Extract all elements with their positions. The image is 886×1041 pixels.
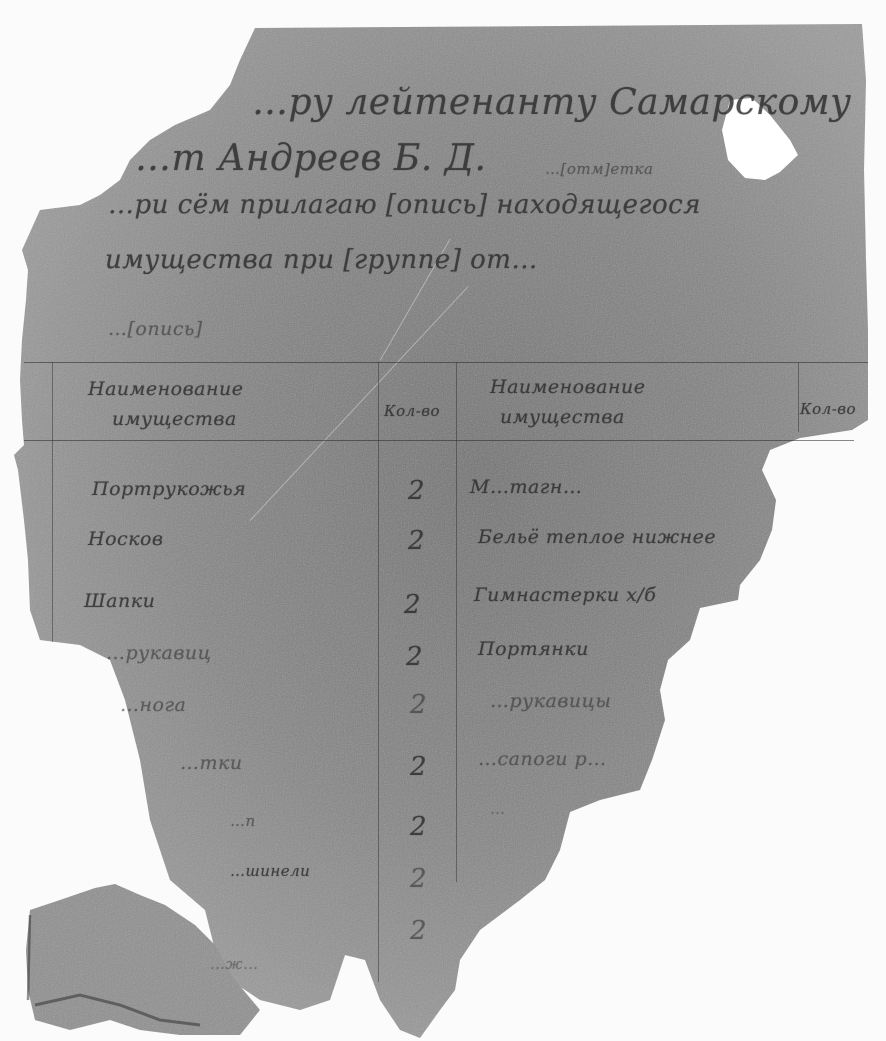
row-item-right: … <box>490 800 506 818</box>
heading-annotation: …[отм]етка <box>545 160 653 178</box>
row-qty-left: 2 <box>408 476 425 506</box>
row-item-left: Шапки <box>84 590 155 612</box>
row-item-right: …рукавицы <box>490 690 611 712</box>
heading-line-2: …т Андреев Б. Д. <box>135 138 486 179</box>
row-item-left: …тки <box>180 752 243 774</box>
heading-line-1: …ру лейтенанту Самарскому <box>252 82 852 123</box>
heading-line-5: …[опись] <box>108 318 203 340</box>
table-col-rule <box>456 362 457 882</box>
row-qty-left: 2 <box>404 590 421 620</box>
table-header-rule <box>24 440 854 441</box>
table-top-rule <box>24 362 868 363</box>
header-item-right-line1: Наименование <box>490 376 645 398</box>
row-item-left: …рукавиц <box>106 642 211 664</box>
header-qty-left: Кол-во <box>384 402 440 420</box>
table-col-rule <box>378 362 379 982</box>
header-item-left-line1: Наименование <box>88 378 243 400</box>
row-qty-left: 2 <box>408 526 425 556</box>
row-item-right: Бельё теплое нижнее <box>478 526 716 548</box>
header-item-left-line2: имущества <box>112 408 237 430</box>
row-qty-left: 2 <box>410 752 427 782</box>
row-qty-left: 2 <box>410 812 427 842</box>
table-col-rule <box>798 362 799 432</box>
row-item-right: Гимнастерки х/б <box>474 584 656 606</box>
row-qty-left: 2 <box>406 642 423 672</box>
heading-line-4: имущества при [группе] от… <box>105 245 538 275</box>
row-item-left: Портрукожья <box>92 478 246 500</box>
row-item-left: …п <box>230 812 256 830</box>
row-item-left: …нога <box>120 694 186 716</box>
row-qty-left: 2 <box>410 864 427 894</box>
table-col-rule <box>52 362 53 642</box>
row-item-left: Носков <box>88 528 164 550</box>
scanned-document: …ру лейтенанту Самарскому …т Андреев Б. … <box>0 0 886 1041</box>
row-item-right: …сапоги р… <box>478 748 607 770</box>
row-item-left: …ж… <box>210 955 259 973</box>
row-item-right: М…тагн… <box>470 476 582 498</box>
header-item-right-line2: имущества <box>500 406 625 428</box>
row-item-left: …шинели <box>230 862 310 880</box>
row-qty-left: 2 <box>410 690 427 720</box>
row-qty-left: 2 <box>410 916 427 946</box>
heading-line-3: …ри сём прилагаю [опись] находящегося <box>108 190 701 220</box>
row-item-right: Портянки <box>478 638 589 660</box>
header-qty-right: Кол-во <box>800 400 856 418</box>
